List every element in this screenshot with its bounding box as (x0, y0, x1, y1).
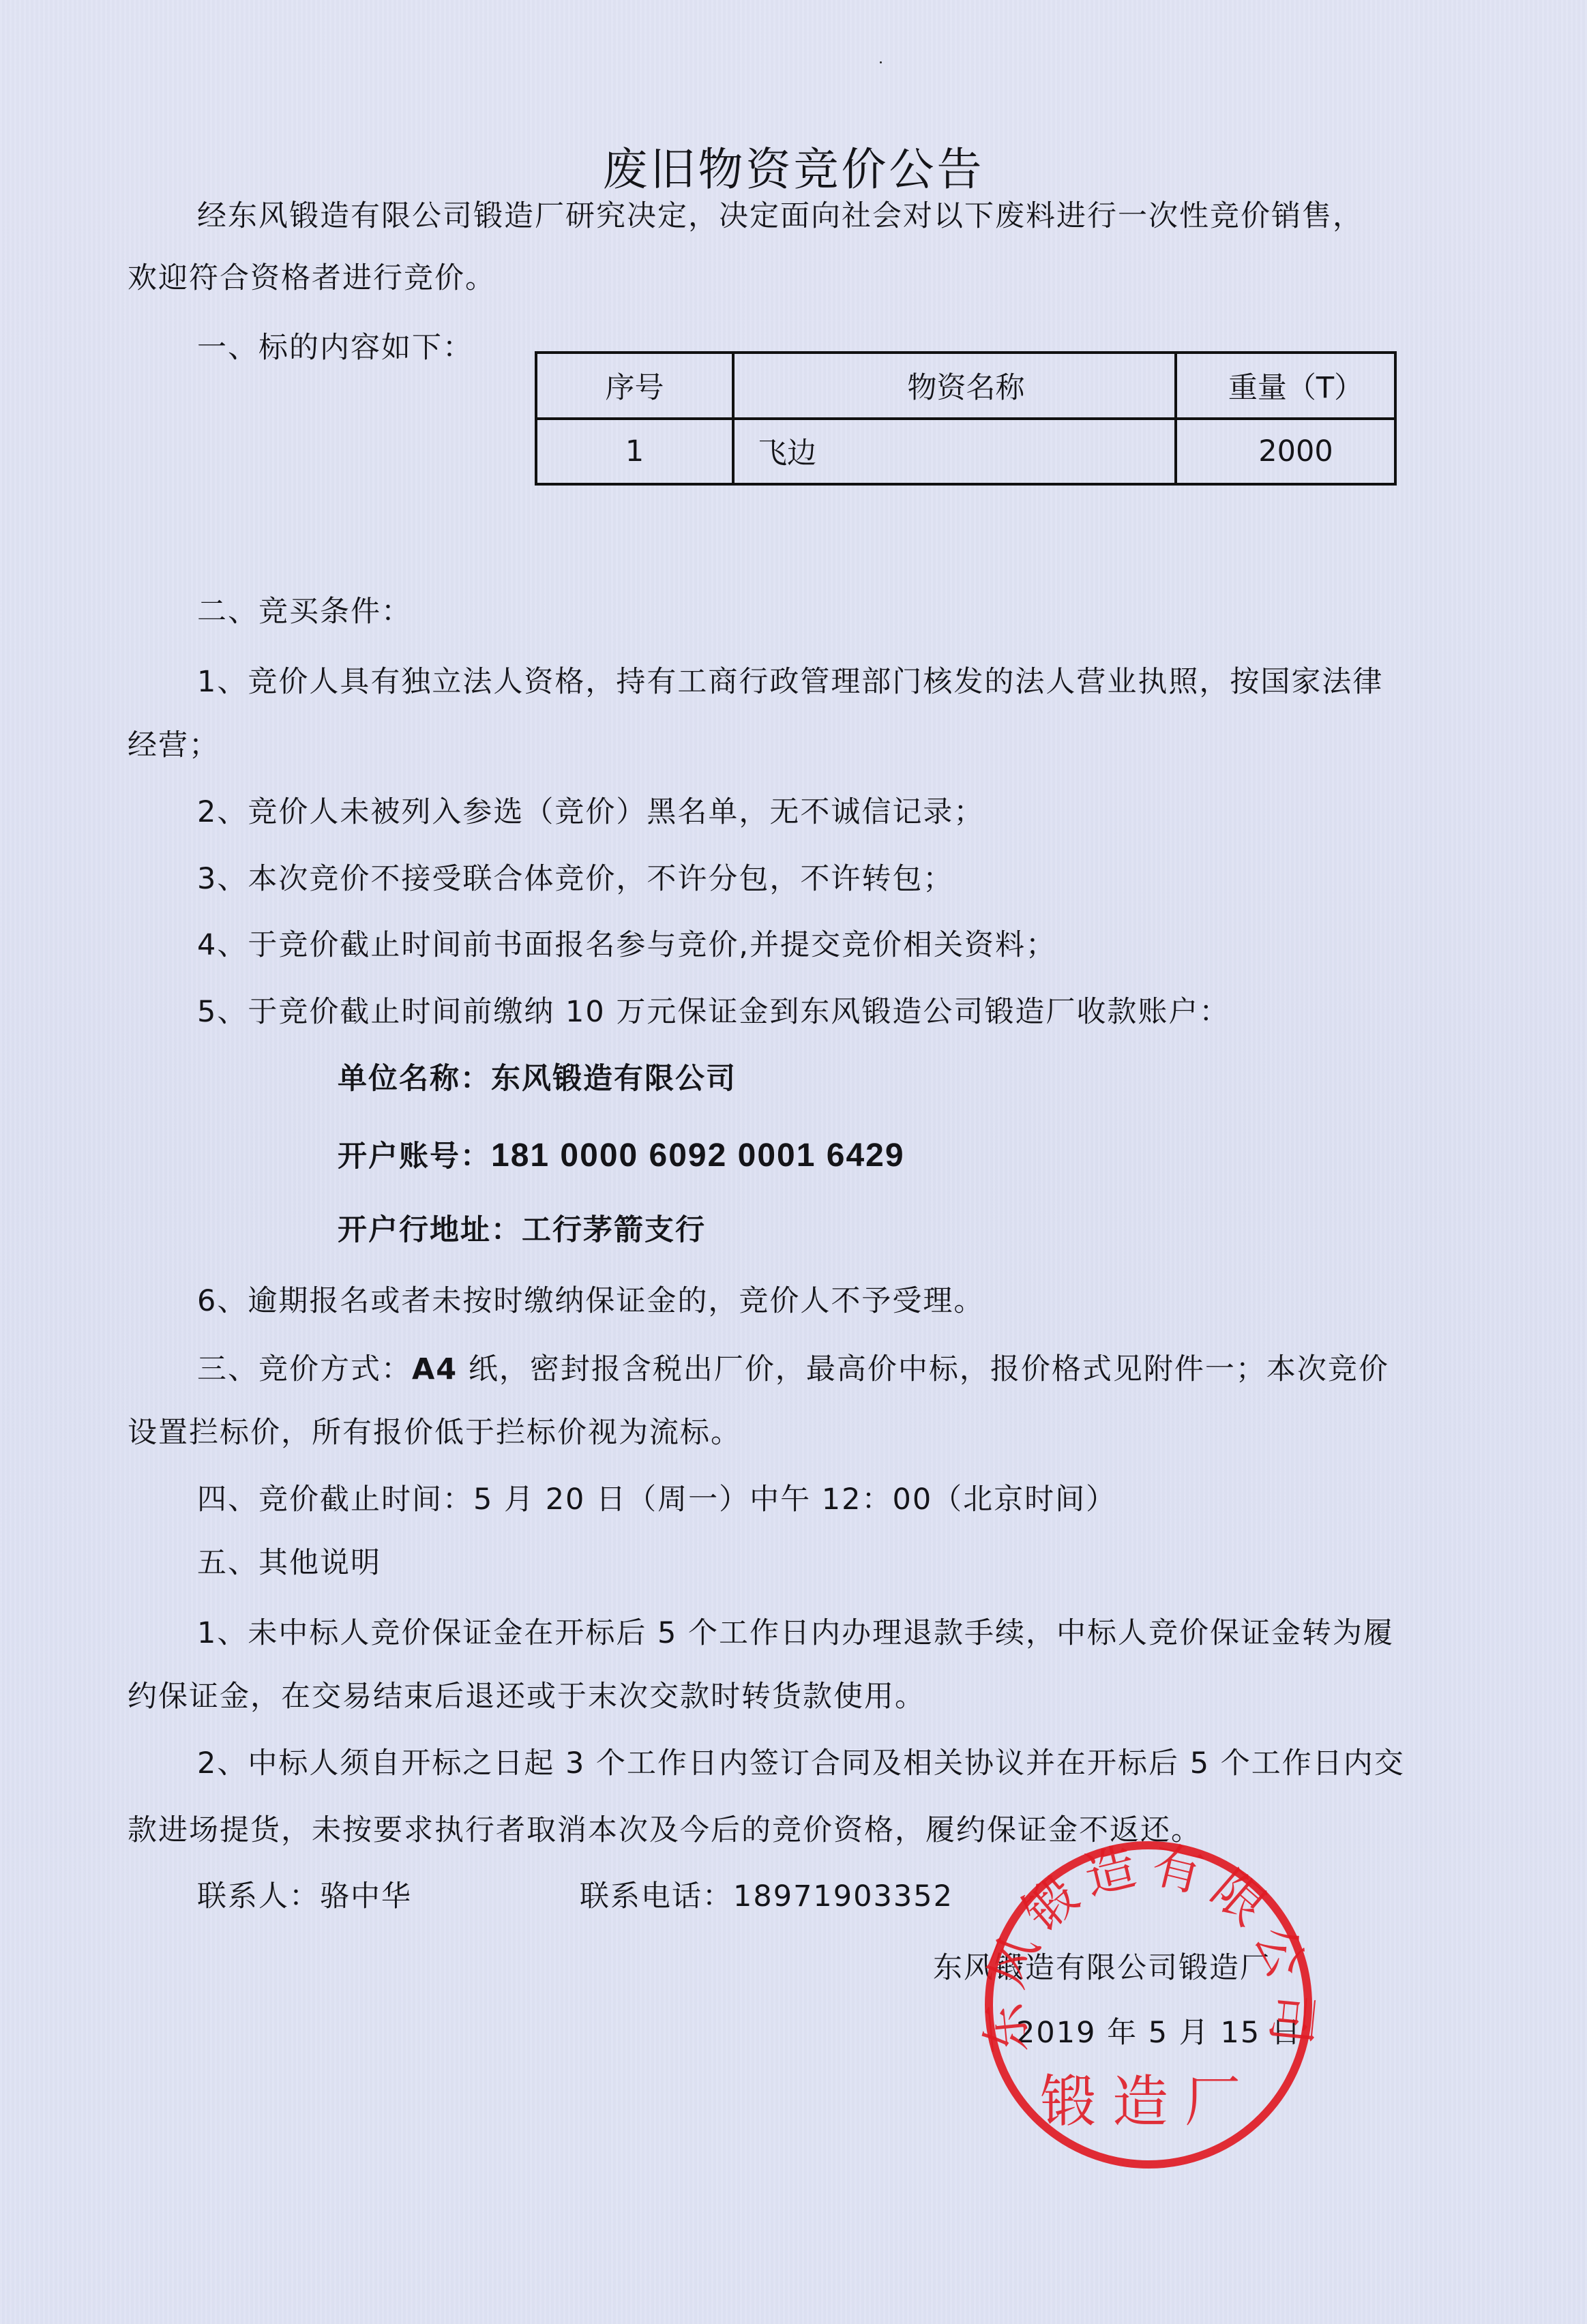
table-header-seq: 序号 (536, 353, 733, 419)
section1-heading: 一、标的内容如下： (197, 329, 473, 367)
section3-line1-rest: 纸，密封报含税出厂价，最高价中标，报价格式见附件一；本次竞价 (458, 1352, 1389, 1386)
condition-6: 6、逾期报名或者未按时缴纳保证金的，竞价人不予受理。 (197, 1282, 984, 1320)
condition-1-line-2: 经营； (128, 726, 220, 764)
condition-1-line-1: 1、竞价人具有独立法人资格，持有工商行政管理部门核发的法人营业执照，按国家法律 (197, 663, 1383, 701)
section5-heading: 五、其他说明 (197, 1544, 381, 1582)
section2-heading: 二、竞买条件： (197, 593, 412, 631)
account-number-label: 开户账号： (338, 1139, 491, 1174)
signature-org: 东风锻造有限公司锻造厂 (933, 1949, 1271, 1987)
account-unit-value: 东风锻造有限公司 (491, 1062, 737, 1096)
intro-line-2: 欢迎符合资格者进行竞价。 (128, 259, 496, 297)
condition-3: 3、本次竞价不接受联合体竞价，不许分包，不许转包； (197, 860, 953, 898)
items-table: 序号 物资名称 重量（T） 1 飞边 2000 (535, 351, 1397, 486)
account-bank-address: 开户行地址：工行茅箭支行 (338, 1211, 706, 1249)
table-header-name: 物资名称 (733, 353, 1176, 419)
table-header-row: 序号 物资名称 重量（T） (536, 353, 1395, 419)
section3-prefix: 三、竞价方式： (197, 1352, 412, 1386)
scan-speck (880, 61, 882, 63)
contact-person: 联系人：骆中华 (197, 1877, 412, 1916)
section3-paper-size: A4 (412, 1352, 458, 1386)
account-unit-name: 单位名称：东风锻造有限公司 (338, 1060, 737, 1098)
contact-phone: 联系电话：18971903352 (580, 1877, 953, 1916)
note-1-line-1: 1、未中标人竞价保证金在开标后 5 个工作日内办理退款手续，中标人竞价保证金转为… (197, 1614, 1394, 1652)
table-header-weight: 重量（T） (1176, 353, 1395, 419)
table-cell-weight: 2000 (1176, 419, 1395, 485)
account-number: 开户账号：181 0000 6092 0001 6429 (338, 1137, 905, 1176)
condition-2: 2、竞价人未被列入参选（竞价）黑名单，无不诚信记录； (197, 793, 984, 831)
contact-person-label: 联系人： (197, 1879, 320, 1913)
table-cell-name: 飞边 (733, 419, 1176, 485)
contact-phone-value: 18971903352 (733, 1879, 953, 1913)
intro-line-1: 经东风锻造有限公司锻造厂研究决定，决定面向社会对以下废料进行一次性竞价销售， (197, 197, 1363, 235)
contact-person-value: 骆中华 (320, 1879, 412, 1913)
condition-4: 4、于竞价截止时间前书面报名参与竞价,并提交竞价相关资料； (197, 926, 1056, 964)
contact-phone-label: 联系电话： (580, 1879, 733, 1913)
document-title: 废旧物资竞价公告 (0, 143, 1587, 197)
account-unit-label: 单位名称： (338, 1062, 491, 1096)
table-row: 1 飞边 2000 (536, 419, 1395, 485)
section3-line-2: 设置拦标价，所有报价低于拦标价视为流标。 (128, 1414, 741, 1452)
section3-line-1: 三、竞价方式：A4 纸，密封报含税出厂价，最高价中标，报价格式见附件一；本次竞价 (197, 1350, 1389, 1388)
section4-deadline: 四、竞价截止时间：5 月 20 日（周一）中午 12：00（北京时间） (197, 1480, 1116, 1519)
note-2-line-1: 2、中标人须自开标之日起 3 个工作日内签订合同及相关协议并在开标后 5 个工作… (197, 1744, 1405, 1783)
account-bank-label: 开户行地址： (338, 1213, 522, 1247)
table-cell-seq: 1 (536, 419, 733, 485)
account-number-value: 181 0000 6092 0001 6429 (491, 1137, 905, 1174)
note-1-line-2: 约保证金，在交易结束后退还或于末次交款时转货款使用。 (128, 1678, 925, 1716)
condition-5: 5、于竞价截止时间前缴纳 10 万元保证金到东风锻造公司锻造厂收款账户： (197, 993, 1230, 1031)
note-2-line-2: 款进场提货，未按要求执行者取消本次及今后的竞价资格，履约保证金不返还。 (128, 1811, 1202, 1849)
account-bank-value: 工行茅箭支行 (522, 1213, 706, 1247)
signature-date: 2019 年 5 月 15 日 (1016, 2014, 1302, 2052)
